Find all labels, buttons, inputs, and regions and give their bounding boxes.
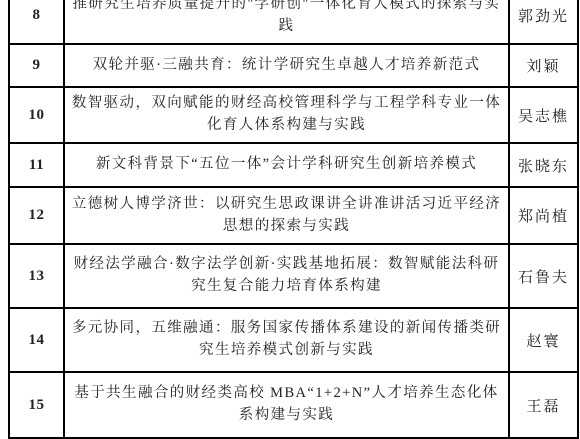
row-number-cell: 11 (9, 143, 64, 187)
table-row: 14 多元协同，五维融通：服务国家传播体系建设的新闻传播类研究生培养模式创新与实… (9, 308, 578, 372)
table-row: 9 双轮并驱·三融共育：统计学研究生卓越人才培养新范式 刘颖 (9, 44, 578, 87)
leader-name-cell: 吴志樵 (509, 87, 578, 143)
project-title-cell: 立德树人博学济世：以研究生思政课讲全讲准讲活习近平经济思想的探索与实践 (64, 187, 509, 244)
leader-name-cell: 石鲁夫 (509, 244, 578, 308)
table-row: 12 立德树人博学济世：以研究生思政课讲全讲准讲活习近平经济思想的探索与实践 郑… (9, 187, 578, 244)
row-number-cell: 15 (9, 372, 64, 438)
leader-name-cell: 郑尚植 (509, 187, 578, 244)
leader-name-cell: 赵寰 (509, 308, 578, 372)
row-number-cell: 9 (9, 44, 64, 87)
project-title-cell: 数智驱动，双向赋能的财经高校管理科学与工程学科专业一体化育人体系构建与实践 (64, 87, 509, 143)
table-row: 13 财经法学融合·数字法学创新·实践基地拓展：数智赋能法科研究生复合能力培育体… (9, 244, 578, 308)
project-title-cell: 基于共生融合的财经类高校 MBA“1+2+N”人才培养生态化体系构建与实践 (64, 372, 509, 438)
project-title-cell: 新文科背景下“五位一体”会计学科研究生创新培养模式 (64, 143, 509, 187)
project-title-cell: 多元协同，五维融通：服务国家传播体系建设的新闻传播类研究生培养模式创新与实践 (64, 308, 509, 372)
table-row: 10 数智驱动，双向赋能的财经高校管理科学与工程学科专业一体化育人体系构建与实践… (9, 87, 578, 143)
leader-name-cell: 郭劲光 (509, 0, 578, 44)
document-table: 8 推研究生培养质量提升的"学研创"一体化育人模式的探索与实践 郭劲光 9 双轮… (8, 0, 577, 439)
project-title-cell: 双轮并驱·三融共育：统计学研究生卓越人才培养新范式 (64, 44, 509, 87)
leader-name-cell: 刘颖 (509, 44, 578, 87)
row-number-cell: 14 (9, 308, 64, 372)
leader-name-cell: 王磊 (509, 372, 578, 438)
table-row: 11 新文科背景下“五位一体”会计学科研究生创新培养模式 张晓东 (9, 143, 578, 187)
row-number-cell: 10 (9, 87, 64, 143)
project-title-cell: 推研究生培养质量提升的"学研创"一体化育人模式的探索与实践 (64, 0, 509, 44)
row-number-cell: 13 (9, 244, 64, 308)
project-title-cell: 财经法学融合·数字法学创新·实践基地拓展：数智赋能法科研究生复合能力培育体系构建 (64, 244, 509, 308)
leader-name-cell: 张晓东 (509, 143, 578, 187)
row-number-cell: 8 (9, 0, 64, 44)
project-list-table: 8 推研究生培养质量提升的"学研创"一体化育人模式的探索与实践 郭劲光 9 双轮… (8, 0, 579, 439)
row-number-cell: 12 (9, 187, 64, 244)
table-row: 15 基于共生融合的财经类高校 MBA“1+2+N”人才培养生态化体系构建与实践… (9, 372, 578, 438)
table-row: 8 推研究生培养质量提升的"学研创"一体化育人模式的探索与实践 郭劲光 (9, 0, 578, 44)
